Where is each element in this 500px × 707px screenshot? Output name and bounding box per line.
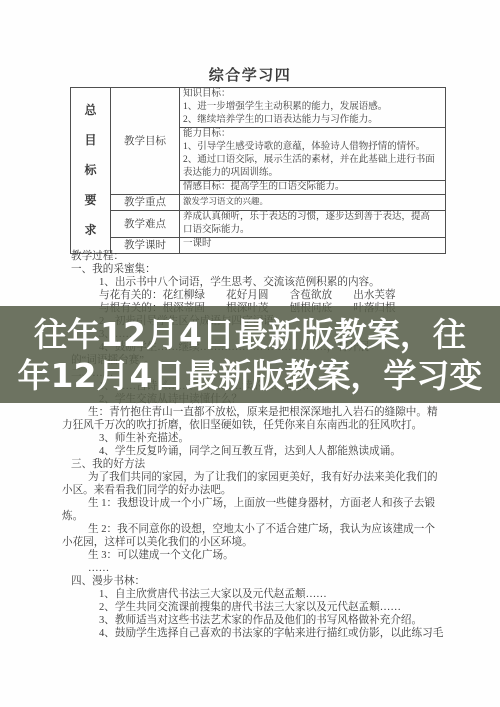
doc-line: 4、鼓励学生选择自己喜欢的书法家的字帖来进行描红或仿影，以此练习毛 [62,627,444,640]
doc-line: 1、出示书中八个词语，学生思考、交流该范例积累的内容。 [62,276,444,289]
doc-line: 2、学生共同交流课前搜集的唐代书法三大家以及元代赵孟頫…… [62,601,444,614]
doc-line: 炼。 [62,510,444,523]
doc-line: 生 1：我想设计成一个小广场，上面放一些健身器材，方面老人和孩子去锻 [62,497,444,510]
cell-teaching-goal-label: 教学目标 [111,88,180,195]
page-title: 综合学习四 [0,64,500,85]
doc-line: 1、自主欣赏唐代书法三大家以及元代赵孟頫…… [62,588,444,601]
vertical-header-char: 目 [84,134,96,147]
cell-key-point-label: 教学重点 [111,195,180,211]
doc-line: 小区。来看看我们同学的好办法吧。 [62,484,444,497]
doc-line: 4、学生反复吟诵，同学之间互教互背，达到人人都能熟读成诵。 [62,445,444,458]
doc-line: 力狂风千万次的吹打折磨，依旧坚硬如铁，任凭你来自东南西北的狂风吹打。 [62,419,444,432]
doc-line: 生 3：可以建成一个文化广场。 [62,549,444,562]
cell-difficulty-label: 教学难点 [111,211,180,238]
watermark-text-line1: 往年12月4日最新版教案，往 [34,314,466,355]
doc-line: 小花园，这样可以美化我们的小区环境。 [62,536,444,549]
cell-key-point-content: 激发学习语文的兴趣。 [180,195,446,211]
watermark-banner: 往年12月4日最新版教案，往 年12月4日最新版教案，学习变 [0,306,500,403]
doc-line: …… [62,562,444,575]
doc-line: 三、我的好方法 [62,458,444,471]
cell-emotion-goals: 情感目标：提高学生的口语交际能力。 [180,181,446,195]
doc-line: 一、我的采蜜集： [62,263,444,276]
watermark-text-line2: 年12月4日最新版教案，学习变 [18,355,483,396]
lesson-plan-document: 综合学习四 总 目 标 要 求 教学目标 知识目标： 1、进一步增强学生主动积累… [0,0,500,707]
doc-line: 生：青竹抱住青山一直都不放松，原来是把根深深地扎入岩石的缝隙中。精 [62,406,444,419]
doc-line: 与花有关的：花红柳绿 花好月圆 含苞欲放 出水芙蓉 [62,289,444,302]
doc-line: 为了我们共同的家园，为了让我们的家园更美好，我有好办法来美化我们的 [62,471,444,484]
doc-line: 教学过程： [62,250,444,263]
doc-line: 3、教师适当对这些书法艺术家的作品及他们的书写风格做补充介绍。 [62,614,444,627]
doc-line: 生 2：我不同意你的设想，空地太小了不适合建广场，我认为应该建成一个 [62,523,444,536]
doc-line: 3、师生补充描述。 [62,432,444,445]
cell-overall-goal-requirement: 总 目 标 要 求 [71,88,111,254]
vertical-header-char: 求 [84,224,96,237]
vertical-header-char: 要 [84,194,96,207]
cell-difficulty-content: 养成认真倾听，乐于表达的习惯，逐步达到善于表达，提高 口语交际能力。 [180,211,446,238]
lesson-plan-table: 总 目 标 要 求 教学目标 知识目标： 1、进一步增强学生主动积累的能力，发展… [70,87,446,254]
vertical-header-char: 标 [84,164,96,177]
cell-ability-goals: 能力目标： 1、引导学生感受诗歌的意蕴，体验诗人借物抒情的情怀。 2、通过口语交… [180,128,446,181]
vertical-header: 总 目 标 要 求 [72,96,109,246]
cell-knowledge-goals: 知识目标： 1、进一步增强学生主动积累的能力，发展语感。 2、继续培养学生的口语… [180,88,446,128]
vertical-header-char: 总 [84,104,96,117]
doc-line: 四、漫步书林： [62,575,444,588]
